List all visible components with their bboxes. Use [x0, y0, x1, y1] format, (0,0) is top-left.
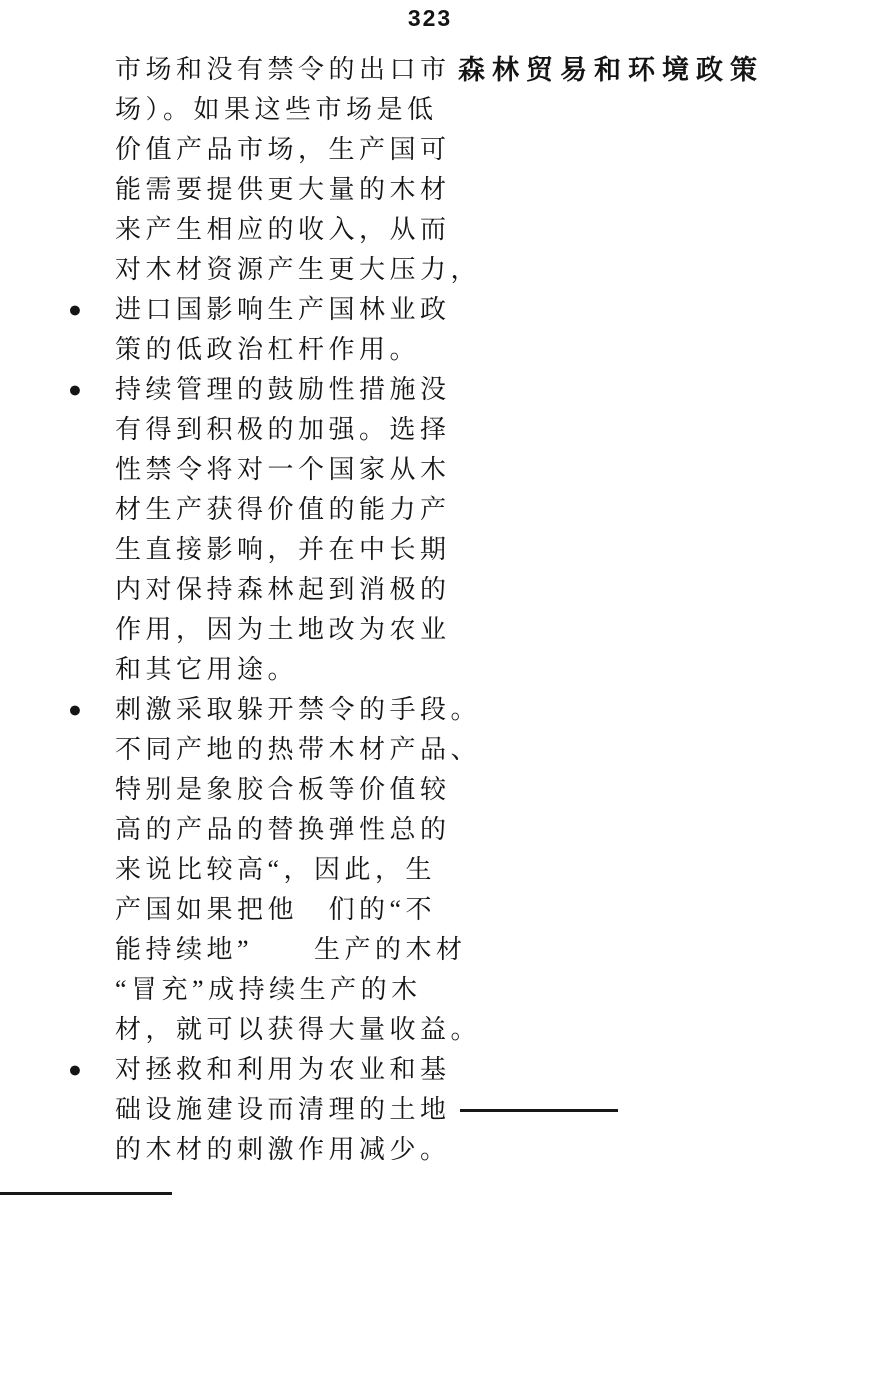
text-line: 和其它用途。	[68, 650, 460, 690]
line-text: “冒充”成持续生产的木	[115, 970, 422, 1010]
line-text: 策的低政治杠杆作用。	[115, 330, 420, 370]
bullet-icon	[68, 930, 115, 970]
left-column: 市场和没有禁令的出口市 场）。如果这些市场是低 价值产品市场，生产国可 能需要提…	[68, 50, 460, 1170]
bullet-icon	[68, 90, 115, 130]
text-line: 有得到积极的加强。选择	[68, 410, 460, 450]
line-text: 材，就可以获得大量收益。	[115, 1010, 481, 1050]
text-line: 产国如果把他 们的“不	[68, 890, 460, 930]
text-line: ● 进口国影响生产国林业政	[68, 290, 460, 330]
text-line: 性禁令将对一个国家从木	[68, 450, 460, 490]
bullet-icon	[68, 1130, 115, 1170]
text-line: ● 对拯救和利用为农业和基	[68, 1050, 460, 1090]
heading-gap	[458, 90, 872, 133]
text-line: 来说比较高“，因此，生	[68, 850, 460, 890]
bullet-icon	[68, 330, 115, 370]
text-line: 的木材的刺激作用减少。	[68, 1130, 460, 1170]
bullet-icon: ●	[68, 290, 115, 330]
text-line: 不同产地的热带木材产品、	[68, 730, 460, 770]
footnote-line	[458, 1297, 872, 1338]
text-line	[458, 781, 872, 822]
text-line	[458, 538, 872, 579]
text-line: 策的低政治杠杆作用。	[68, 330, 460, 370]
footnote-line	[458, 1256, 872, 1297]
bullet-icon: ●	[68, 370, 115, 410]
text-line	[458, 619, 872, 660]
text-line	[458, 822, 872, 863]
footnote-divider-left	[0, 1192, 172, 1195]
line-text: 不同产地的热带木材产品、	[115, 730, 481, 770]
text-line	[458, 255, 872, 296]
bullet-icon	[68, 1010, 115, 1050]
text-line	[458, 862, 872, 903]
bullet-icon	[68, 650, 115, 690]
line-text: 性禁令将对一个国家从木	[115, 450, 451, 490]
line-text: 内对保持森林起到消极的	[115, 570, 451, 610]
text-line: “冒充”成持续生产的木	[68, 970, 460, 1010]
text-line: ● 持续管理的鼓励性措施没	[68, 370, 460, 410]
text-line	[458, 1024, 872, 1065]
footnote-line	[3, 1255, 455, 1294]
text-line: 价值产品市场，生产国可	[68, 130, 460, 170]
line-text: 产国如果把他 们的“不	[115, 890, 436, 930]
footnote-left	[3, 1216, 455, 1372]
line-text: 材生产获得价值的能力产	[115, 490, 451, 530]
text-line	[458, 295, 872, 336]
text-line: 特别是象胶合板等价值较	[68, 770, 460, 810]
scanned-page: 323 市场和没有禁令的出口市 场）。如果这些市场是低 价值产品市场，生产国可 …	[0, 0, 877, 1376]
bullet-icon	[68, 410, 115, 450]
text-line	[458, 984, 872, 1025]
footnote-right	[458, 1133, 872, 1376]
line-text: 场）。如果这些市场是低	[115, 90, 438, 130]
line-text: 作用，因为土地改为农业	[115, 610, 451, 650]
line-text: 生直接影响，并在中长期	[115, 530, 451, 570]
text-line	[458, 741, 872, 782]
line-text: 来产生相应的收入，从而	[115, 210, 451, 250]
paragraph-1	[458, 133, 872, 538]
bullet-icon	[68, 730, 115, 770]
text-line	[458, 133, 872, 174]
bullet-icon	[68, 890, 115, 930]
line-text: 价值产品市场，生产国可	[115, 130, 451, 170]
bullet-icon	[68, 450, 115, 490]
bullet-icon	[68, 50, 115, 90]
bullet-icon	[68, 770, 115, 810]
line-text: 对拯救和利用为农业和基	[115, 1050, 451, 1090]
footnote-line	[458, 1133, 872, 1174]
text-line: 作用，因为土地改为农业	[68, 610, 460, 650]
text-line	[458, 660, 872, 701]
text-line: 材生产获得价值的能力产	[68, 490, 460, 530]
line-text: 的木材的刺激作用减少。	[115, 1130, 451, 1170]
line-text: 高的产品的替换弹性总的	[115, 810, 451, 850]
line-text: 和其它用途。	[115, 650, 298, 690]
footnote-line	[458, 1215, 872, 1256]
footnote-line	[458, 1338, 872, 1376]
line-text: 持续管理的鼓励性措施没	[115, 370, 451, 410]
bullet-icon	[68, 970, 115, 1010]
footnote-divider-right	[460, 1109, 618, 1112]
bullet-icon: ●	[68, 690, 115, 730]
bullet-icon	[68, 250, 115, 290]
footnote-line	[3, 1294, 455, 1333]
text-line	[458, 376, 872, 417]
left-column-lines: 市场和没有禁令的出口市 场）。如果这些市场是低 价值产品市场，生产国可 能需要提…	[68, 50, 460, 1170]
text-line: 能需要提供更大量的木材	[68, 170, 460, 210]
text-line	[458, 417, 872, 458]
line-text: 市场和没有禁令的出口市	[115, 50, 451, 90]
footnote-line	[458, 1174, 872, 1215]
text-line	[458, 903, 872, 944]
text-line: 生直接影响，并在中长期	[68, 530, 460, 570]
right-column: 森林贸易和环境政策	[458, 50, 872, 1065]
line-text: 有得到积极的加强。选择	[115, 410, 451, 450]
line-text: 特别是象胶合板等价值较	[115, 770, 451, 810]
footnote-line	[3, 1216, 455, 1255]
bullet-icon	[68, 810, 115, 850]
line-text: 能持续地” 生产的木材	[115, 930, 467, 970]
line-text: 础设施建设而清理的土地	[115, 1090, 451, 1130]
line-text: 对木材资源产生更大压力，	[115, 250, 481, 290]
text-line: 对木材资源产生更大压力，	[68, 250, 460, 290]
bullet-icon	[68, 610, 115, 650]
text-line	[458, 174, 872, 215]
text-line	[458, 579, 872, 620]
bullet-icon	[68, 530, 115, 570]
paragraph-2	[458, 538, 872, 1065]
text-line: 内对保持森林起到消极的	[68, 570, 460, 610]
text-line	[458, 498, 872, 539]
text-line	[458, 336, 872, 377]
bullet-icon	[68, 490, 115, 530]
bullet-icon	[68, 210, 115, 250]
text-line	[458, 214, 872, 255]
bullet-icon	[68, 130, 115, 170]
text-line: ● 刺激采取躲开禁令的手段。	[68, 690, 460, 730]
text-line: 材，就可以获得大量收益。	[68, 1010, 460, 1050]
text-line	[458, 700, 872, 741]
footnote-line	[3, 1333, 455, 1372]
line-text: 进口国影响生产国林业政	[115, 290, 451, 330]
page-number: 323	[0, 5, 860, 32]
text-line: 能持续地” 生产的木材	[68, 930, 460, 970]
text-line	[458, 457, 872, 498]
line-text: 刺激采取躲开禁令的手段。	[115, 690, 481, 730]
text-line: 来产生相应的收入，从而	[68, 210, 460, 250]
text-line: 础设施建设而清理的土地	[68, 1090, 460, 1130]
bullet-icon	[68, 570, 115, 610]
bullet-icon: ●	[68, 1050, 115, 1090]
text-line: 市场和没有禁令的出口市	[68, 50, 460, 90]
bullet-icon	[68, 1090, 115, 1130]
bullet-icon	[68, 850, 115, 890]
bullet-icon	[68, 170, 115, 210]
text-line	[458, 943, 872, 984]
text-line: 高的产品的替换弹性总的	[68, 810, 460, 850]
line-text: 来说比较高“，因此，生	[115, 850, 436, 890]
text-line: 场）。如果这些市场是低	[68, 90, 460, 130]
line-text: 能需要提供更大量的木材	[115, 170, 451, 210]
section-heading: 森林贸易和环境政策	[458, 50, 872, 90]
